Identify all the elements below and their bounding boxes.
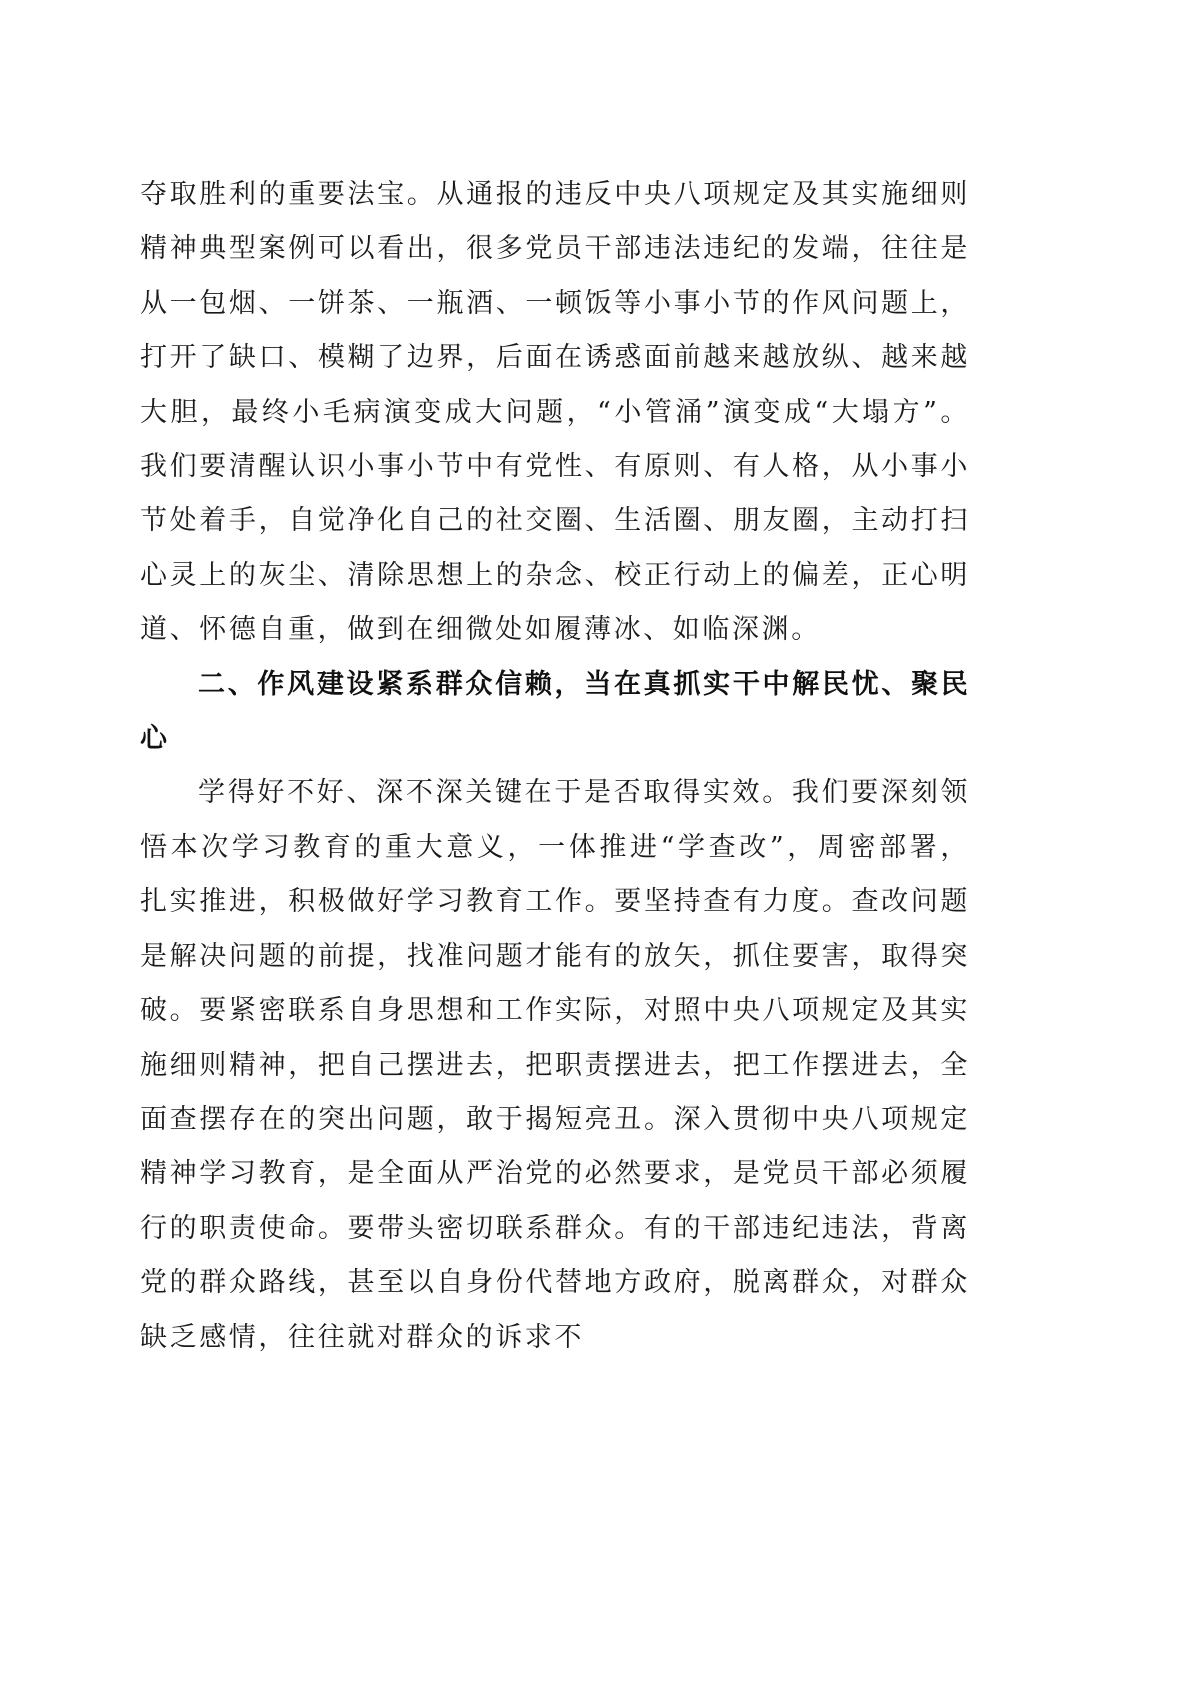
body-paragraph-1: 夺取胜利的重要法宝。从通报的违反中央八项规定及其实施细则精神典型案例可以看出，很… bbox=[140, 168, 970, 658]
body-paragraph-2: 学得好不好、深不深关键在于是否取得实效。我们要深刻领悟本次学习教育的重大意义，一… bbox=[140, 766, 970, 1364]
section-heading-2: 二、作风建设紧系群众信赖，当在真抓实干中解民忧、聚民心 bbox=[140, 658, 970, 767]
document-page: 夺取胜利的重要法宝。从通报的违反中央八项规定及其实施细则精神典型案例可以看出，很… bbox=[0, 0, 1190, 1683]
document-body: 夺取胜利的重要法宝。从通报的违反中央八项规定及其实施细则精神典型案例可以看出，很… bbox=[140, 168, 970, 1365]
